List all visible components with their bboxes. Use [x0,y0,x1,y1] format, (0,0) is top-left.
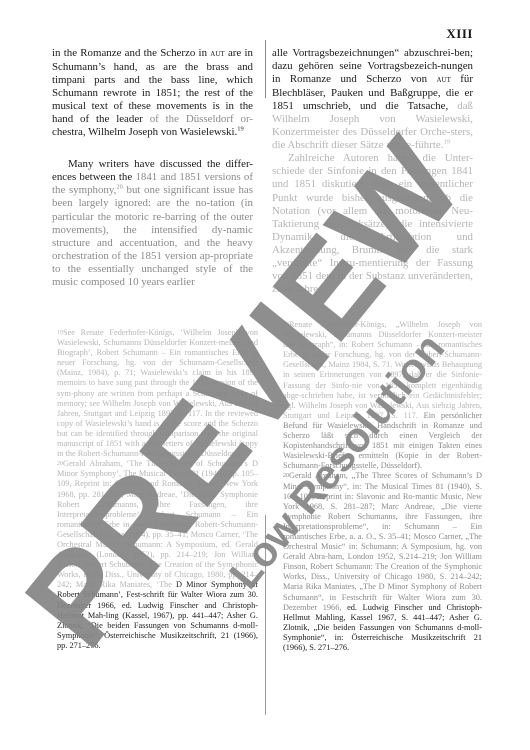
left-footnote-20: 20Gerald Abraham, ‘The Three Scores of S… [57,459,258,651]
footnote-ref-20[interactable]: 20 [116,184,123,191]
left-paragraph-2: Many writers have discussed the differ-e… [52,158,253,288]
right-paragraph-2: Zahlreiche Autoren haben die Unter-schie… [272,152,473,296]
right-paragraph-1: alle Vortragsbezeichnungen“ abzuschrei-b… [272,47,473,152]
right-footnote-19: 19Renate Federhofer-Königs, „Wilhelm Jos… [283,320,482,471]
footnote-ref-19[interactable]: 19 [443,139,450,146]
left-paragraph-1: in the Romanze and the Scherzo in aut ar… [52,47,253,139]
footnote-ref-19[interactable]: 19 [237,126,244,133]
aut-siglum: aut [210,49,224,59]
left-footnote-19: 19See Renate Federhofer-Königs, ‘Wilhelm… [57,328,258,459]
right-footnotes: 19Renate Federhofer-Königs, „Wilhelm Jos… [283,320,482,653]
page-number: XIII [446,26,473,42]
column-divider-top [265,40,266,98]
right-footnote-20: 20Gerald Abraham, „The Three Scores of S… [283,471,482,653]
left-footnotes: 19See Renate Federhofer-Königs, ‘Wilhelm… [57,328,258,651]
aut-siglum: aut [436,75,450,85]
left-column: in the Romanze and the Scherzo in aut ar… [52,47,253,289]
right-column: alle Vortragsbezeichnungen“ abzuschrei-b… [272,47,473,296]
column-divider-footnotes [265,515,266,715]
